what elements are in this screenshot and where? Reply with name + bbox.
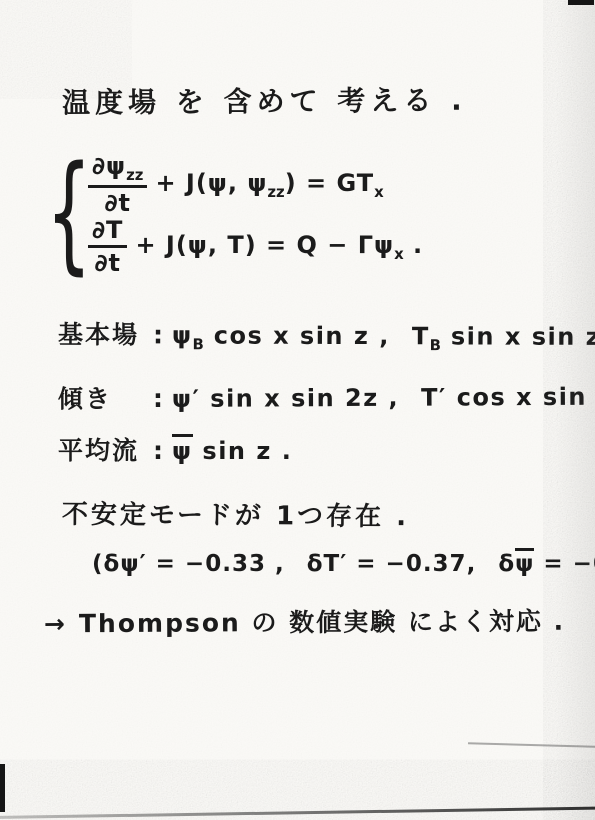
scanner-edge-band: [555, 0, 595, 820]
temperature-equation: ∂T ∂t + J(ψ, T) = Q − Γψx .: [88, 217, 423, 277]
thompson-conclusion-line: → Thompson の 数値実験 によく対応 .: [44, 602, 565, 641]
tilt-label: 傾き: [58, 379, 144, 415]
delta-T-prime: δT′ = −0.37,: [307, 551, 477, 577]
basic-field-formula: ψB cos x sin z ,TB sin x sin z .: [172, 321, 595, 354]
vorticity-equation: ∂ψzz ∂t + J(ψ, ψzz) = GTx: [88, 153, 384, 217]
scan-artifact-bottom-left: [0, 764, 5, 812]
open-paren: (: [92, 551, 104, 577]
colon: :: [144, 320, 172, 349]
equation-body: + J(ψ, ψzz) = GTx: [155, 169, 383, 201]
mean-flow-formula: ψ sin z .: [172, 434, 292, 465]
fraction-numerator: ∂ψzz: [88, 153, 147, 188]
psi-with-overbar: ψ: [172, 434, 193, 463]
system-brace: {: [46, 149, 92, 277]
mean-flow-line: 平均流 : ψ sin z .: [58, 431, 292, 467]
basic-field-label: 基本場: [58, 315, 144, 351]
time-derivative-fraction: ∂ψzz ∂t: [88, 153, 147, 217]
tilt-line: 傾き : ψ′ sin x sin 2z ,T′ cos x sin 2z .: [58, 376, 595, 415]
delta-values-line: ( δψ′ = −0.33 , δT′ = −0.37, δψ = −0.87 …: [92, 548, 595, 577]
time-derivative-fraction: ∂T ∂t: [88, 217, 127, 277]
fraction-denominator: ∂t: [94, 248, 121, 276]
fraction-denominator: ∂t: [104, 188, 131, 216]
fraction-numerator: ∂T: [88, 217, 127, 248]
delta-psi-prime: δψ′ = −0.33 ,: [104, 551, 285, 577]
right-arrow-icon: →: [44, 609, 67, 638]
equation-body: + J(ψ, T) = Q − Γψx .: [135, 231, 423, 263]
basic-field-line: 基本場 : ψB cos x sin z ,TB sin x sin z .: [58, 315, 595, 355]
tilt-formula: ψ′ sin x sin 2z ,T′ cos x sin 2z .: [172, 382, 595, 413]
psi-with-overbar: ψ: [515, 548, 534, 576]
scan-artifact-top-right: [568, 0, 594, 5]
scanned-note-page: 温度場 を 含めて 考える . { ∂ψzz ∂t + J(ψ, ψzz) = …: [0, 0, 595, 820]
thompson-text: Thompson の 数値実験 によく対応 .: [79, 602, 565, 641]
unstable-mode-note: 不安定モードが 1つ存在 .: [62, 494, 409, 533]
page-edge-shadow: [0, 806, 595, 819]
colon: :: [144, 436, 172, 465]
colon: :: [144, 384, 172, 413]
mean-flow-label: 平均流: [58, 431, 144, 467]
note-title: 温度場 を 含めて 考える .: [62, 79, 467, 122]
